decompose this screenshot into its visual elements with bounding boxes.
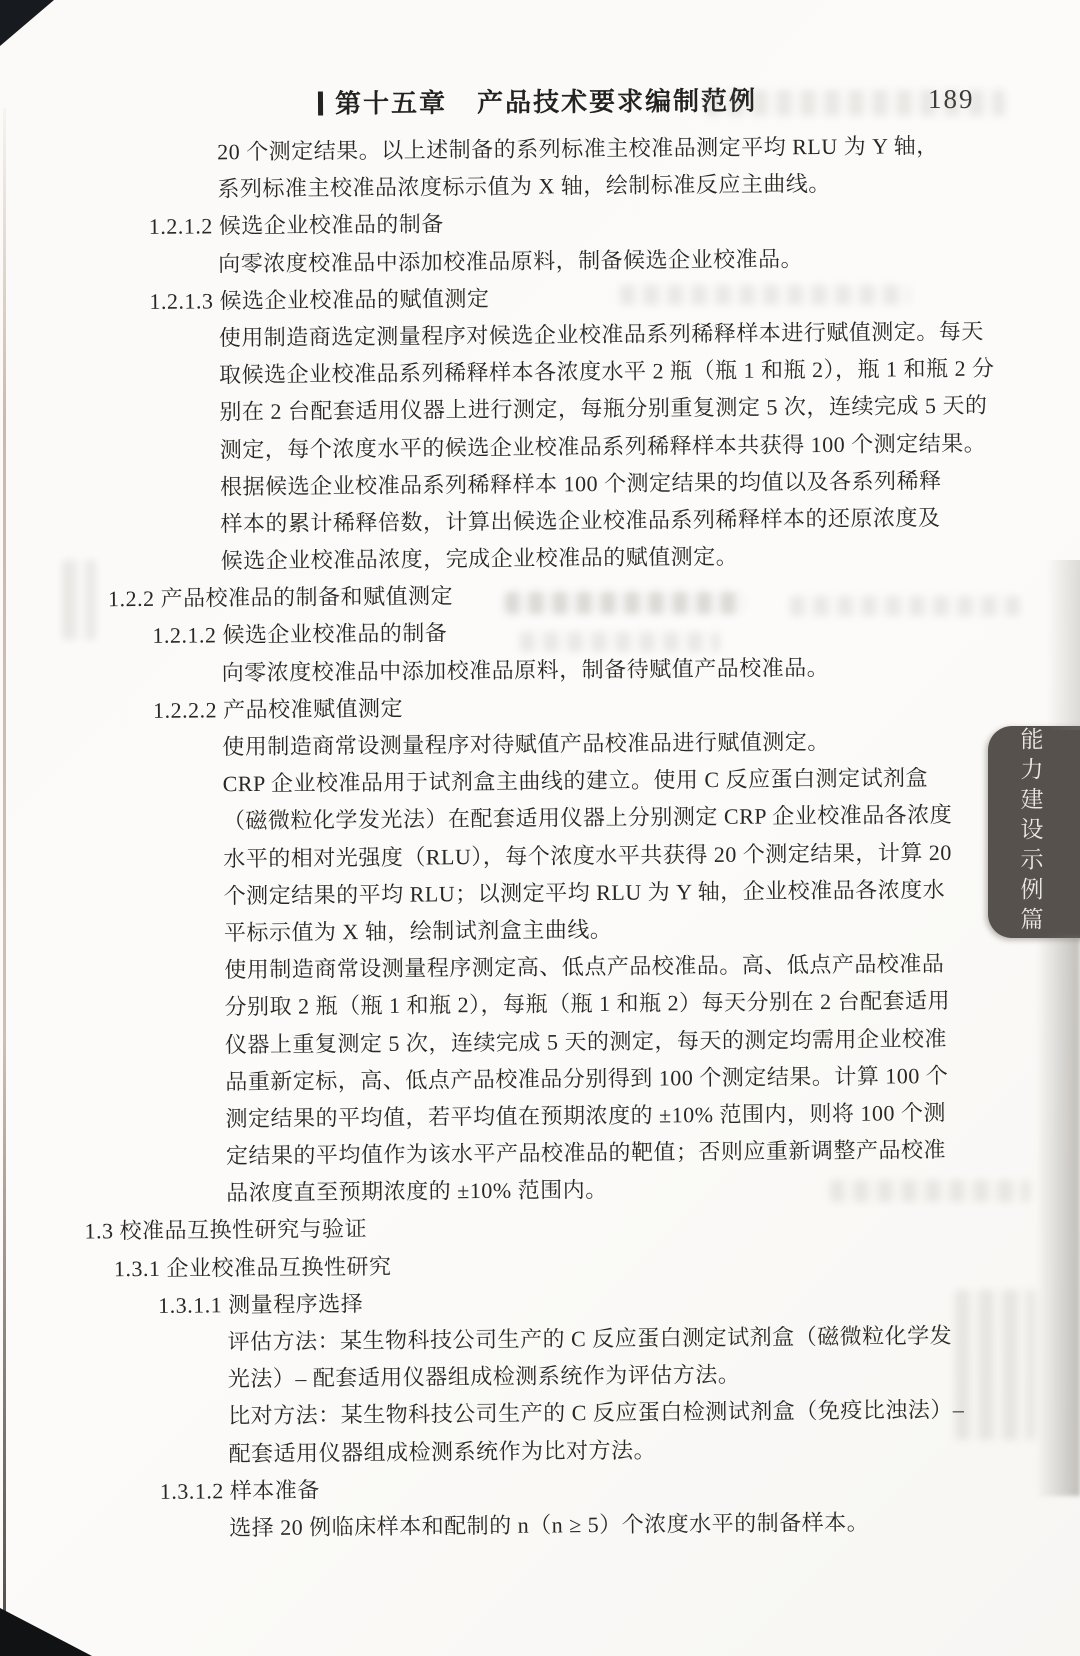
bleed-artifact bbox=[705, 90, 1005, 116]
chapter-header: 第十五章产品技术要求编制范例 bbox=[318, 80, 757, 120]
bleed-artifact bbox=[520, 632, 720, 652]
page-gutter-line bbox=[3, 108, 6, 1656]
page-lines: 20 个测定结果。以上述制备的系列标准主校准品测定平均 RLU 为 Y 轴，系列… bbox=[0, 126, 1080, 1548]
section-tab-label: 能力建设示例篇 bbox=[1015, 727, 1062, 937]
scan-corner-artifact bbox=[0, 1608, 92, 1656]
chapter-marker-bar bbox=[318, 91, 323, 115]
bleed-artifact bbox=[62, 560, 96, 640]
section-tab: 能力建设示例篇 bbox=[988, 726, 1080, 938]
bleed-artifact bbox=[955, 1290, 1035, 1440]
page-edge-shadow bbox=[1046, 560, 1080, 730]
bleed-artifact bbox=[790, 596, 1020, 616]
page-edge-shadow bbox=[1036, 936, 1080, 1496]
bleed-artifact bbox=[505, 592, 745, 614]
scan-corner-artifact bbox=[0, 0, 54, 46]
book-page: 第十五章产品技术要求编制范例 189 20 个测定结果。以上述制备的系列标准主校… bbox=[0, 0, 1080, 1656]
bleed-artifact bbox=[830, 1180, 1030, 1202]
chapter-label: 第十五章 bbox=[335, 88, 447, 119]
bleed-artifact bbox=[620, 285, 910, 305]
